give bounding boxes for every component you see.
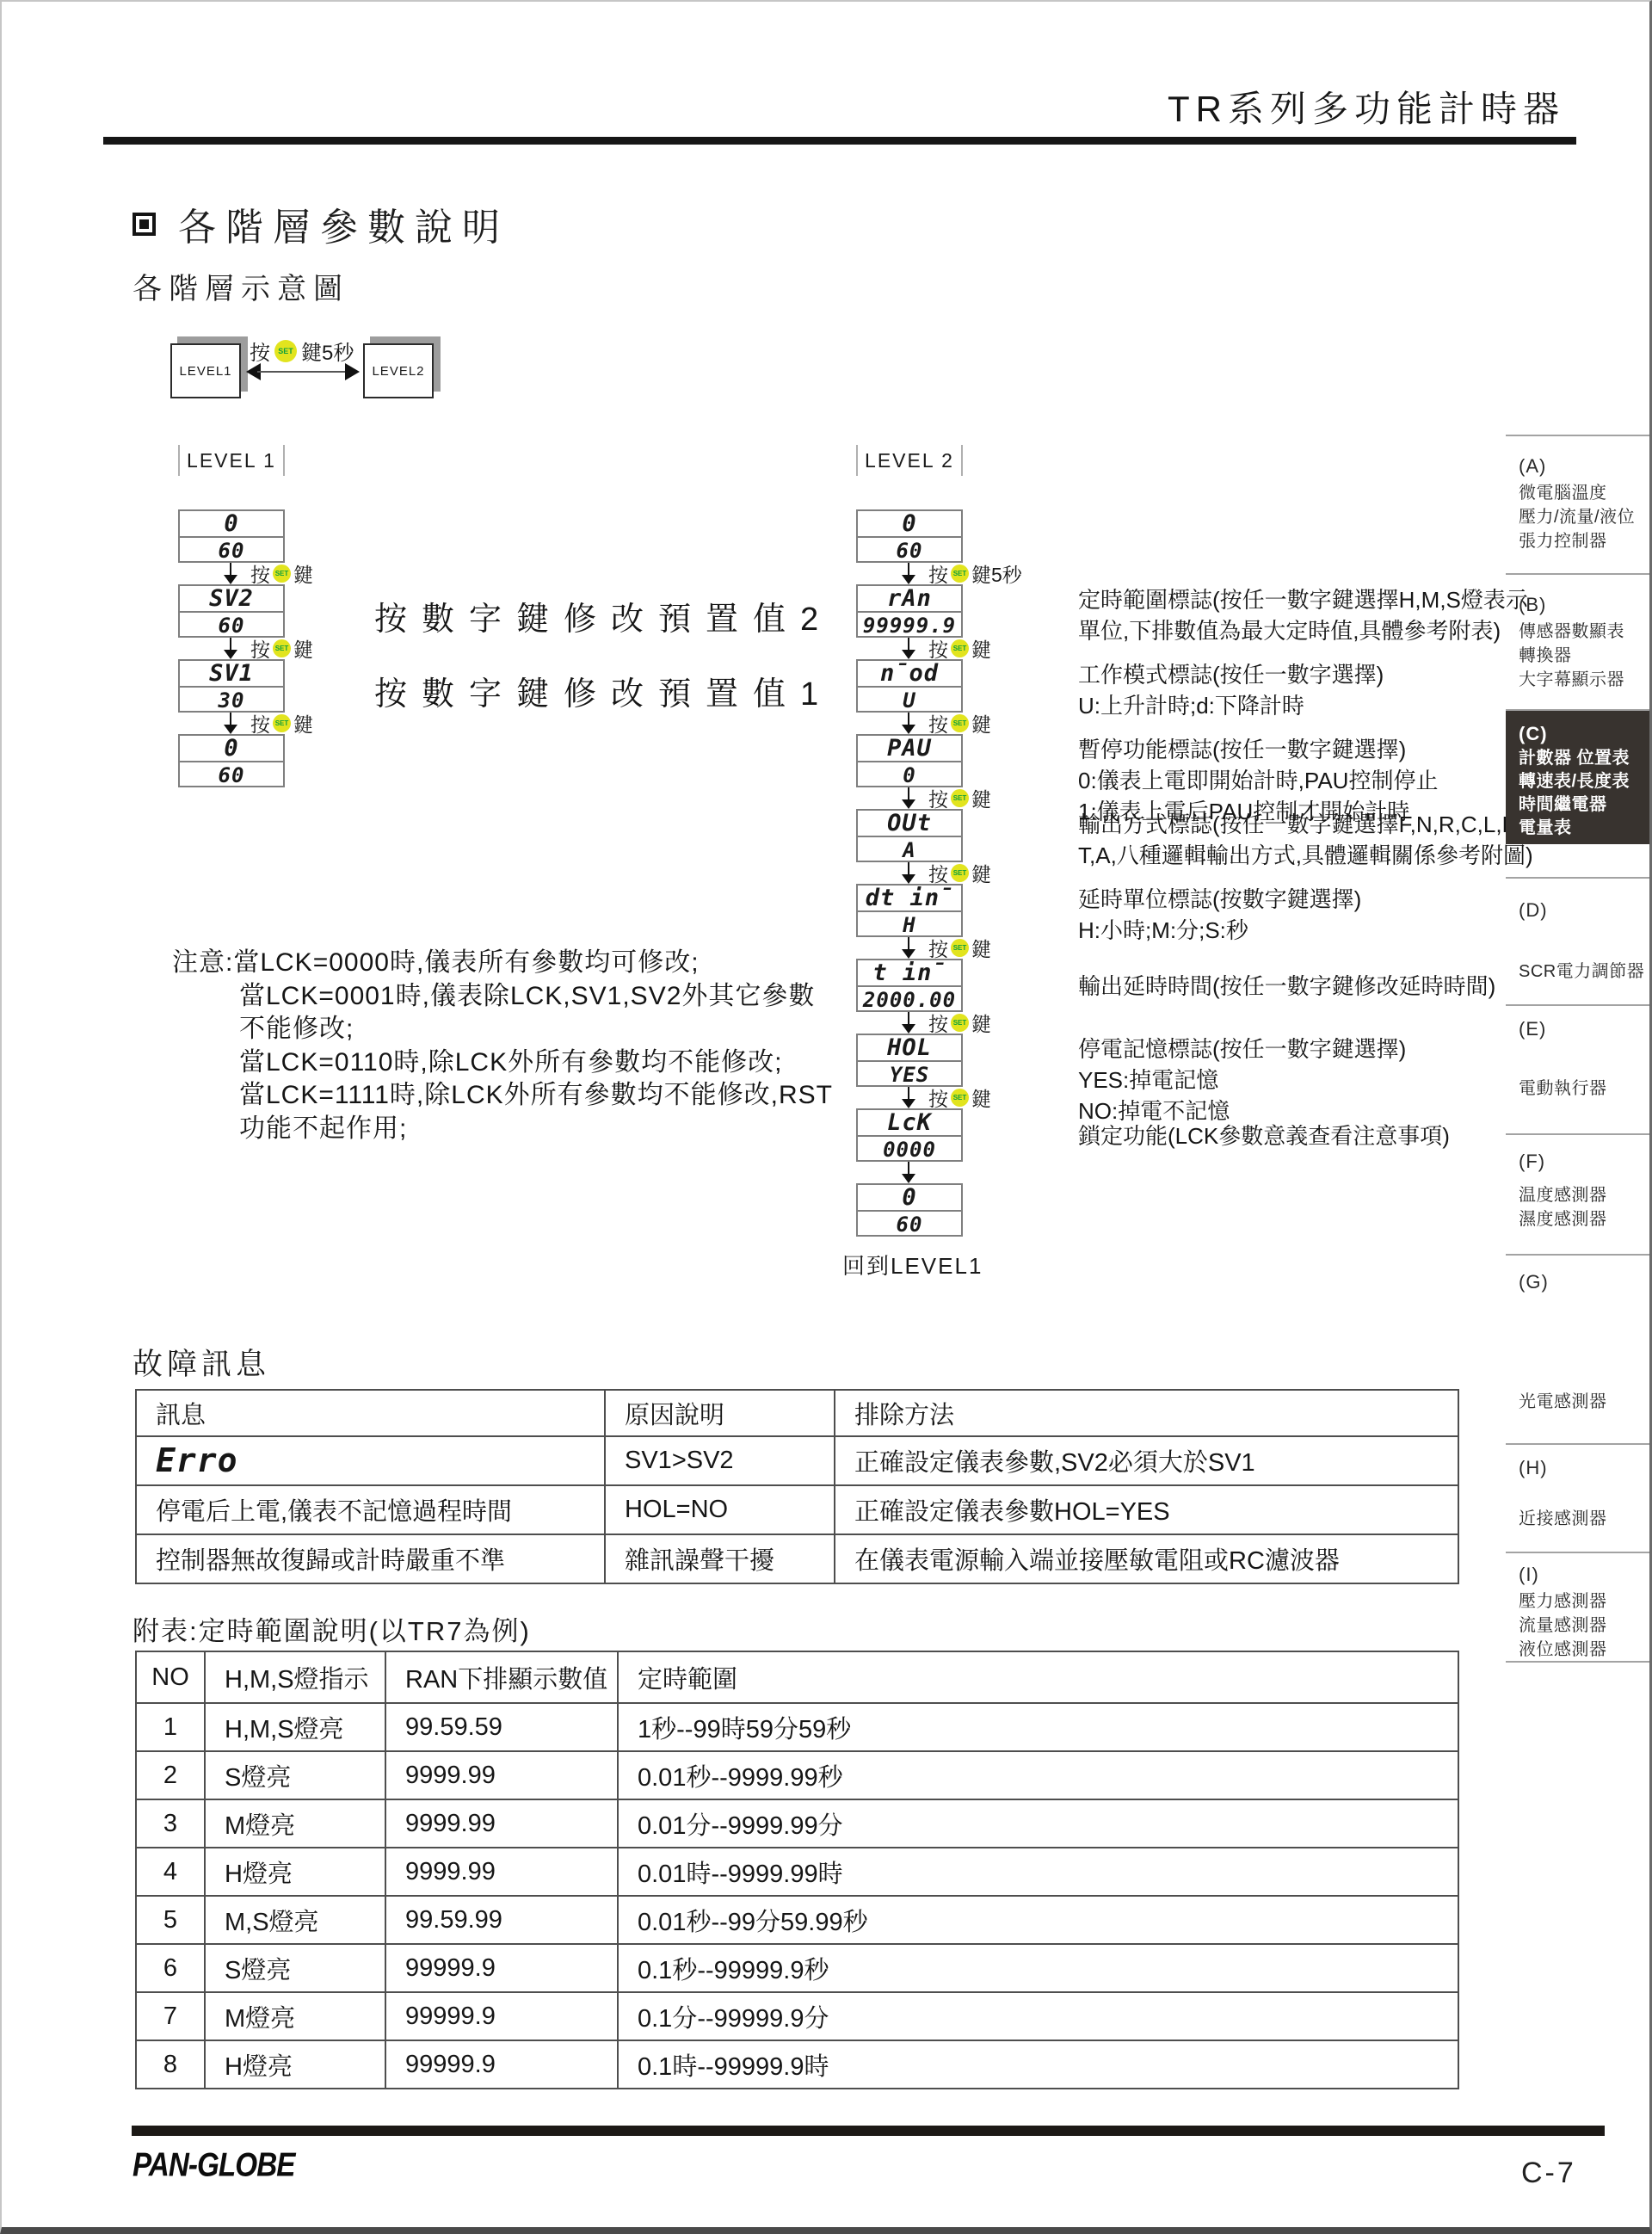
table-row: 7M燈亮99999.90.1分--99999.9分 [136, 1992, 1458, 2040]
sidebar-block-b: (B)傳感器數顯表轉換器大字幕顯示器 [1506, 575, 1649, 711]
table-cell: 99.59.59 [385, 1703, 618, 1751]
table-cell: 99.59.99 [385, 1896, 618, 1944]
lcd-bottom-value: 60 [897, 1213, 923, 1237]
table-cell: 99999.9 [385, 1992, 618, 2040]
sidebar-block-label: (I) [1519, 1564, 1649, 1586]
fault-message-cell: 控制器無故復歸或計時嚴重不準 [136, 1534, 605, 1583]
table-row: 停電后上電,儀表不記憶過程時間HOL=NO正確設定儀表參數HOL=YES [136, 1485, 1458, 1534]
table-header-cell: 原因說明 [605, 1390, 835, 1436]
lcd-bottom-value: 0000 [883, 1138, 936, 1162]
sidebar-block-label: (F) [1519, 1151, 1649, 1173]
lcd-display: 060 [178, 509, 285, 563]
table-cell: 7 [136, 1992, 205, 2040]
lcd-top-value: PAU [887, 736, 932, 761]
table-cell: 5 [136, 1896, 205, 1944]
flow-step: SV260按數字鍵修改預置值2 [178, 584, 285, 638]
appendix-table: NOH,M,S燈指示RAN下排顯示數值定時範圍1H,M,S燈亮99.59.591… [135, 1651, 1459, 2089]
arrow-line-icon [230, 713, 231, 725]
note-line: 功能不起作用; [172, 1113, 833, 1146]
arrow-head-icon [902, 799, 915, 809]
arrow-head-icon [902, 575, 915, 584]
fault-cause-cell: 雜訊譟聲干擾 [605, 1534, 835, 1583]
flow-arrow: 按SET鍵5秒 [856, 563, 963, 584]
arrow-head-icon [902, 949, 915, 959]
flow-step: 060 [178, 509, 285, 563]
lcd-top-row: SV2 [180, 586, 283, 611]
table-header-cell: H,M,S燈指示 [205, 1651, 385, 1703]
step-note: 按數字鍵修改預置值2 [374, 592, 833, 639]
flow-arrow: 按SET鍵 [856, 937, 963, 959]
set-key-icon: SET [951, 789, 969, 807]
flow-arrow: 按SET鍵 [178, 713, 285, 734]
lcd-top-row: dt in̄ [858, 886, 961, 910]
lcd-top-value: 0 [902, 511, 916, 536]
sidebar-block-label: (A) [1519, 455, 1649, 478]
lcd-display: OUtA [856, 809, 963, 862]
lcd-top-row: 0 [180, 511, 283, 536]
sidebar-block-i: (I)壓力感測器流量感測器液位感測器 [1506, 1553, 1649, 1663]
table-row: 8H燈亮99999.90.1時--99999.9時 [136, 2040, 1458, 2089]
fault-remedy-cell: 在儀表電源輸入端並接壓敏電阻或RC濾波器 [835, 1534, 1458, 1583]
table-row: 1H,M,S燈亮99.59.591秒--99時59分59秒 [136, 1703, 1458, 1751]
lcd-display: 060 [856, 1183, 963, 1237]
press-label-pre: 按 [250, 336, 270, 366]
lcd-top-value: rAn [887, 586, 932, 611]
lcd-bottom-value: A [903, 838, 915, 862]
flow-step: n̄odU工作模式標誌(按任一數字選擇)U:上升計時;d:下降計時 [856, 659, 963, 713]
flow-arrow: 按SET鍵 [856, 862, 963, 884]
lcd-bottom-value: 60 [897, 539, 923, 563]
lcd-display: 060 [856, 509, 963, 563]
arrow-line-icon [908, 937, 909, 950]
sidebar-block-c: (C)計數器 位置表轉速表/長度表時間繼電器電量表 [1506, 711, 1649, 844]
table-row: 5M,S燈亮99.59.990.01秒--99分59.99秒 [136, 1896, 1458, 1944]
table-header-cell: NO [136, 1651, 205, 1703]
lcd-top-row: n̄od [858, 661, 961, 686]
press-label-post: 鍵 [971, 934, 991, 962]
table-row: 6S燈亮99999.90.1秒--99999.9秒 [136, 1944, 1458, 1992]
set-key-icon: SET [273, 714, 291, 732]
lcd-display: SV260 [178, 584, 285, 638]
press-label-post: 鍵 [971, 709, 991, 737]
lcd-top-value: SV2 [209, 586, 254, 611]
lcd-bottom-row: 60 [858, 1210, 961, 1237]
level2-box-3d: LEVEL2 [363, 343, 434, 398]
table-cell: S燈亮 [205, 1751, 385, 1799]
fault-message-cell: 停電后上電,儀表不記憶過程時間 [136, 1485, 605, 1534]
sidebar-block-item: 計數器 位置表 [1519, 747, 1649, 770]
lcd-top-value: n̄od [880, 661, 939, 686]
arrow-line-icon [908, 1012, 909, 1025]
level1-flow-title: LEVEL 1 [178, 445, 285, 476]
table-cell: 0.01分--9999.99分 [618, 1799, 1458, 1848]
lcd-bottom-value: 30 [219, 688, 245, 713]
table-cell: 9999.99 [385, 1799, 618, 1848]
lcd-top-value: 0 [224, 736, 238, 761]
table-cell: 0.1時--99999.9時 [618, 2040, 1458, 2089]
flow-step: HOLYES停電記憶標誌(按任一數字鍵選擇)YES:掉電記憶NO:掉電不記憶 [856, 1034, 963, 1087]
footer-bar [132, 2126, 1605, 2136]
sidebar-block-item: 時間繼電器 [1519, 793, 1649, 817]
sidebar-block-item: 液位感測器 [1519, 1638, 1649, 1662]
sidebar-block-e: (E)電動執行器 [1506, 1006, 1649, 1135]
lcd-display: rAn99999.9 [856, 584, 963, 638]
fault-message-text: 控制器無故復歸或計時嚴重不準 [156, 1547, 505, 1575]
fault-section-title: 故障訊息 [133, 1341, 270, 1384]
note-line: 當LCK=1111時,除LCK外所有參數均不能修改,RST [172, 1079, 833, 1113]
lck-notes: 注意:當LCK=0000時,儀表所有參數均可修改;當LCK=0001時,儀表除L… [172, 947, 833, 1145]
section-title-row: 各階層參數說明 [133, 196, 509, 251]
flow-step: t in̄2000.00輸出延時時間(按任一數字鍵修改延時時間) [856, 959, 963, 1012]
lcd-top-row: PAU [858, 736, 961, 761]
level2-box-label: LEVEL2 [372, 364, 424, 379]
table-cell: 9999.99 [385, 1848, 618, 1896]
flow-step: dt in̄H延時單位標誌(按數字鍵選擇)H:小時;M:分;S:秒 [856, 884, 963, 937]
lcd-top-value: SV1 [209, 661, 254, 686]
table-cell: H,M,S燈亮 [205, 1703, 385, 1751]
sidebar-block-item: 轉換器 [1519, 644, 1649, 668]
table-header-row: 訊息原因說明排除方法 [136, 1390, 1458, 1436]
sidebar-block-item: 近接感測器 [1519, 1507, 1649, 1531]
lcd-bottom-row: 60 [180, 761, 283, 787]
sidebar-block-g: (G)光電感測器 [1506, 1256, 1649, 1445]
set-key-icon: SET [951, 1014, 969, 1032]
press-label-post: 鍵 [971, 1009, 991, 1037]
lcd-top-row: rAn [858, 586, 961, 611]
lcd-bottom-value: H [903, 913, 915, 937]
flow-arrow: 按SET鍵 [178, 638, 285, 659]
fault-message-text: 停電后上電,儀表不記憶過程時間 [156, 1498, 512, 1526]
level2-flow: LEVEL 2 060按SET鍵5秒rAn99999.9定時範圍標誌(按任一數字… [856, 445, 963, 1281]
arrow-line-icon [908, 787, 909, 800]
press-label-post: 鍵5秒 [971, 559, 1022, 588]
table-row: 4H燈亮9999.990.01時--9999.99時 [136, 1848, 1458, 1896]
arrow-line-icon [908, 862, 909, 875]
lcd-top-row: 0 [858, 1185, 961, 1210]
arrow-head-icon [902, 650, 915, 659]
lcd-top-row: 0 [858, 511, 961, 536]
sidebar-block-item: 壓力感測器 [1519, 1589, 1649, 1614]
sidebar-block-label: (G) [1519, 1271, 1649, 1293]
flow-step: rAn99999.9定時範圍標誌(按任一數字鍵選擇H,M,S燈表示單位,下排數值… [856, 584, 963, 638]
table-cell: 0.1分--99999.9分 [618, 1992, 1458, 2040]
arrow-head-icon [902, 725, 915, 734]
sidebar-block-item: 壓力/流量/液位 [1519, 505, 1649, 529]
lcd-top-row: LcK [858, 1110, 961, 1135]
sidebar-block-label: (B) [1519, 594, 1649, 616]
sidebar-block-label: (E) [1519, 1018, 1649, 1040]
table-cell: 8 [136, 2040, 205, 2089]
level1-box-3d: LEVEL1 [170, 343, 241, 398]
arrow-line-icon [908, 1162, 909, 1175]
manual-page: TR系列多功能計時器 各階層參數說明 各階層示意圖 LEVEL1 LEVEL2 … [0, 0, 1652, 2234]
table-cell: 0.01時--9999.99時 [618, 1848, 1458, 1896]
flow-step: 060 [856, 509, 963, 563]
sidebar-block-item: 電量表 [1519, 817, 1649, 840]
press-label-post: 鍵 [971, 784, 991, 812]
note-line: 不能修改; [172, 1013, 833, 1046]
table-cell: 99999.9 [385, 2040, 618, 2089]
table-cell: 4 [136, 1848, 205, 1896]
table-row: 控制器無故復歸或計時嚴重不準雜訊譟聲干擾在儀表電源輸入端並接壓敏電阻或RC濾波器 [136, 1534, 1458, 1583]
set-key-icon: SET [951, 565, 969, 583]
brand-logo: PAN-GLOBE [133, 2146, 294, 2185]
lcd-display: n̄odU [856, 659, 963, 713]
arrow-head-icon [224, 725, 237, 734]
section-subtitle: 各階層示意圖 [133, 265, 349, 307]
appendix-title: 附表:定時範圍說明(以TR7為例) [133, 1609, 531, 1648]
arrow-line-icon [230, 638, 231, 651]
set-key-icon: SET [951, 939, 969, 957]
set-key-icon: SET [274, 340, 297, 362]
set-key-icon: SET [951, 1089, 969, 1107]
sidebar-block-item: 張力控制器 [1519, 529, 1649, 553]
flow-step: OUtA輸出方式標誌(按任一數字鍵選擇F,N,R,C,L,K,T,A,八種邏輯輸… [856, 809, 963, 862]
lcd-bottom-value: 0 [903, 763, 915, 787]
table-cell: M燈亮 [205, 1799, 385, 1848]
table-row: 3M燈亮9999.990.01分--9999.99分 [136, 1799, 1458, 1848]
return-to-level1-label: 回到LEVEL1 [842, 1249, 963, 1281]
arrow-line-icon [908, 1087, 909, 1100]
fault-table: 訊息原因說明排除方法ErroSV1>SV2正確設定儀表參數,SV2必須大於SV1… [135, 1389, 1459, 1584]
arrow-line-icon [230, 563, 231, 576]
lcd-display: t in̄2000.00 [856, 959, 963, 1012]
press-set-5s-label: 按 SET 鍵5秒 [250, 336, 354, 366]
flow-arrow: 按SET鍵 [856, 787, 963, 809]
table-header-cell: 排除方法 [835, 1390, 1458, 1436]
note-line: 當LCK=0001時,儀表除LCK,SV1,SV2外其它參數 [172, 980, 833, 1014]
lcd-bottom-value: 60 [219, 539, 245, 563]
table-cell: H燈亮 [205, 2040, 385, 2089]
sidebar-block-item: 大字幕顯示器 [1519, 668, 1649, 692]
lcd-bottom-row: 0000 [858, 1135, 961, 1162]
press-label-post: 鍵 [971, 859, 991, 887]
lcd-top-value: OUt [887, 811, 932, 836]
sidebar-block-label: (C) [1519, 723, 1649, 745]
table-cell: 0.1秒--99999.9秒 [618, 1944, 1458, 1992]
lcd-top-row: OUt [858, 811, 961, 836]
press-label-post: 鍵 [293, 634, 313, 663]
press-label-post: 鍵 [293, 559, 313, 588]
lcd-display: SV130 [178, 659, 285, 713]
table-row: 2S燈亮9999.990.01秒--9999.99秒 [136, 1751, 1458, 1799]
arrow-head-icon [902, 874, 915, 884]
flow-arrow: 按SET鍵 [856, 638, 963, 659]
lcd-top-value: 0 [902, 1185, 916, 1210]
fault-message-text: Erro [156, 1441, 238, 1479]
sidebar-block-item: 微電腦溫度 [1519, 481, 1649, 505]
flow-arrow: 按SET鍵 [856, 1087, 963, 1108]
sidebar-block-label: (D) [1519, 899, 1649, 922]
table-cell: 1秒--99時59分59秒 [618, 1703, 1458, 1751]
flow-step: SV130按數字鍵修改預置值1 [178, 659, 285, 713]
fault-remedy-cell: 正確設定儀表參數HOL=YES [835, 1485, 1458, 1534]
lcd-display: LcK0000 [856, 1108, 963, 1162]
table-header-cell: 定時範圍 [618, 1651, 1458, 1703]
flow-arrow: 按SET鍵 [856, 1012, 963, 1034]
flow-step: PAU0暫停功能標誌(按任一數字鍵選擇)0:儀表上電即開始計時,PAU控制停止1… [856, 734, 963, 787]
table-cell: 99999.9 [385, 1944, 618, 1992]
section-index-sidebar: (A)微電腦溫度壓力/流量/液位張力控制器(B)傳感器數顯表轉換器大字幕顯示器(… [1506, 435, 1649, 1663]
arrow-line-icon [908, 563, 909, 576]
lcd-bottom-value: YES [890, 1063, 929, 1087]
lcd-display: PAU0 [856, 734, 963, 787]
arrow-head-icon [224, 650, 237, 659]
sidebar-block-d: (D)SCR電力調節器 [1506, 877, 1649, 1006]
lcd-top-value: t in̄ [872, 960, 946, 985]
table-cell: M,S燈亮 [205, 1896, 385, 1944]
sidebar-block-item: 光電感測器 [1519, 1390, 1649, 1414]
lcd-top-value: 0 [224, 511, 238, 536]
flow-step: 060 [178, 734, 285, 787]
fault-cause-cell: SV1>SV2 [605, 1436, 835, 1485]
table-cell: 9999.99 [385, 1751, 618, 1799]
arrow-head-icon [902, 1024, 915, 1034]
sidebar-block-item: 濕度感測器 [1519, 1207, 1649, 1231]
arrow-line-icon [908, 638, 909, 651]
lcd-bottom-value: 60 [219, 614, 245, 638]
table-header-cell: 訊息 [136, 1390, 605, 1436]
sidebar-block-a: (A)微電腦溫度壓力/流量/液位張力控制器 [1506, 435, 1649, 575]
table-cell: M燈亮 [205, 1992, 385, 2040]
set-key-icon: SET [951, 714, 969, 732]
press-label-post: 鍵 [293, 709, 313, 737]
fault-remedy-cell: 正確設定儀表參數,SV2必須大於SV1 [835, 1436, 1458, 1485]
sidebar-block-item: SCR電力調節器 [1519, 960, 1649, 984]
lcd-top-value: dt in̄ [866, 886, 954, 910]
sidebar-block-label: (H) [1519, 1457, 1649, 1479]
sidebar-block-item: 傳感器數顯表 [1519, 620, 1649, 644]
lcd-display: 060 [178, 734, 285, 787]
flow-arrow: 按SET鍵 [856, 713, 963, 734]
lcd-top-row: 0 [180, 736, 283, 761]
sidebar-block-item: 流量感測器 [1519, 1614, 1649, 1638]
sidebar-block-item: 温度感測器 [1519, 1183, 1649, 1207]
sidebar-block-item: 電動執行器 [1519, 1077, 1649, 1101]
arrow-head-icon [902, 1099, 915, 1108]
set-key-icon: SET [951, 864, 969, 882]
press-label-post: 鍵 [971, 1083, 991, 1112]
table-cell: 3 [136, 1799, 205, 1848]
page-number: C-7 [1521, 2157, 1576, 2190]
note-line: 當LCK=0110時,除LCK外所有參數均不能修改; [172, 1046, 833, 1080]
table-cell: H燈亮 [205, 1848, 385, 1896]
set-key-icon: SET [273, 639, 291, 657]
lcd-bottom-value: U [903, 688, 915, 713]
lcd-top-row: HOL [858, 1035, 961, 1060]
table-header-row: NOH,M,S燈指示RAN下排顯示數值定時範圍 [136, 1651, 1458, 1703]
arrow-head-icon [902, 1174, 915, 1183]
lcd-bottom-value: 60 [219, 763, 245, 787]
lcd-top-row: SV1 [180, 661, 283, 686]
note-line: 注意:當LCK=0000時,儀表所有參數均可修改; [172, 947, 833, 980]
fault-cause-cell: HOL=NO [605, 1485, 835, 1534]
table-header-cell: RAN下排顯示數值 [385, 1651, 618, 1703]
table-cell: S燈亮 [205, 1944, 385, 1992]
flow-arrow: 按SET鍵 [178, 563, 285, 584]
section-title: 各階層參數說明 [178, 196, 509, 251]
lcd-display: HOLYES [856, 1034, 963, 1087]
arrow-line-icon [908, 713, 909, 725]
lcd-top-row: t in̄ [858, 960, 961, 985]
lcd-top-value: HOL [887, 1035, 932, 1060]
table-cell: 0.01秒--99分59.99秒 [618, 1896, 1458, 1944]
table-cell: 6 [136, 1944, 205, 1992]
step-note: 按數字鍵修改預置值1 [374, 667, 833, 714]
page-title: TR系列多功能計時器 [1168, 81, 1565, 133]
press-label-post: 鍵5秒 [301, 336, 354, 366]
lcd-display: dt in̄H [856, 884, 963, 937]
press-label-post: 鍵 [971, 634, 991, 663]
section-marker-icon [133, 213, 156, 236]
table-cell: 1 [136, 1703, 205, 1751]
lcd-top-value: LcK [887, 1110, 932, 1135]
flow-step: 060 [856, 1183, 963, 1237]
level1-flow: LEVEL 1 060按SET鍵SV260按數字鍵修改預置值2按SET鍵SV13… [178, 445, 285, 787]
level1-box-label: LEVEL1 [179, 364, 231, 379]
flow-step: LcK0000鎖定功能(LCK參數意義查看注意事項) [856, 1108, 963, 1162]
table-cell: 2 [136, 1751, 205, 1799]
arrow-head-icon [224, 575, 237, 584]
set-key-icon: SET [273, 565, 291, 583]
sidebar-block-f: (F)温度感測器濕度感測器 [1506, 1135, 1649, 1256]
level2-flow-title: LEVEL 2 [856, 445, 963, 476]
set-key-icon: SET [951, 639, 969, 657]
sidebar-block-h: (H)近接感測器 [1506, 1445, 1649, 1553]
fault-message-cell: Erro [136, 1436, 605, 1485]
table-cell: 0.01秒--9999.99秒 [618, 1751, 1458, 1799]
sidebar-block-item: 轉速表/長度表 [1519, 770, 1649, 793]
flow-arrow [856, 1162, 963, 1183]
header-rule [103, 137, 1576, 145]
table-row: ErroSV1>SV2正確設定儀表參數,SV2必須大於SV1 [136, 1436, 1458, 1485]
